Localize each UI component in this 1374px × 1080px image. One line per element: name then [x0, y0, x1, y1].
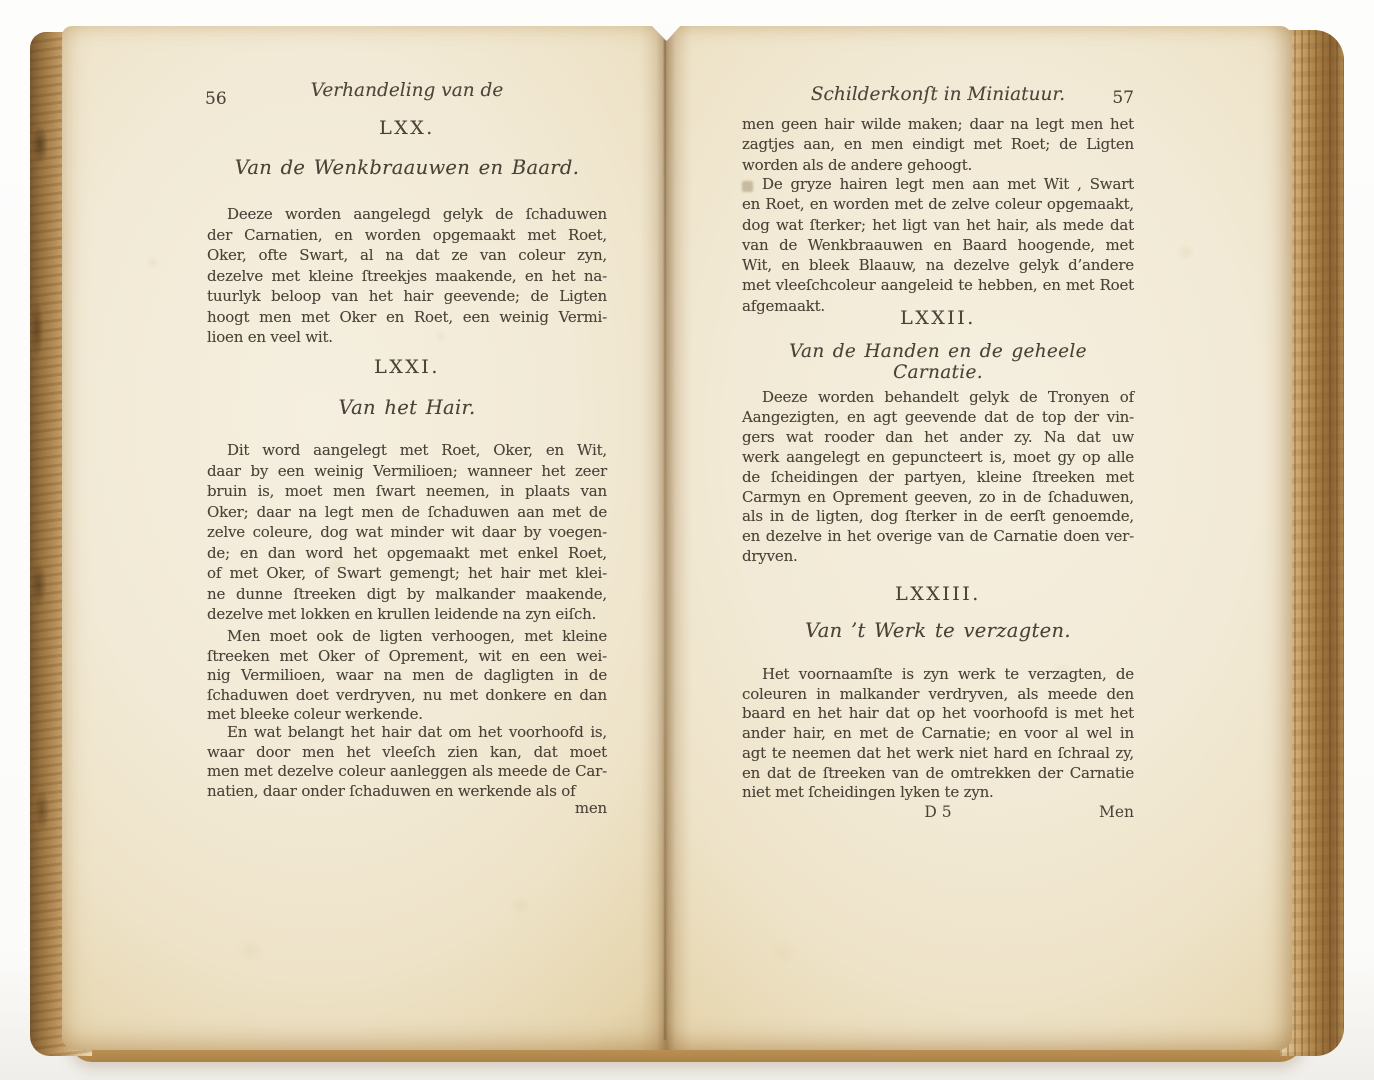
- paragraph: Het voornaamſte is zyn werk te verzagten…: [742, 665, 1134, 803]
- text-line: men geen hair wilde maken; daar na legt …: [742, 114, 1134, 134]
- gathering-signature: D 5: [742, 803, 1134, 821]
- text-line: niet met ſcheidingen lyken te zyn.: [742, 783, 1134, 803]
- text-line: Aangezigten, en agt geevende dat de top …: [742, 408, 1134, 428]
- section-number-lxxi: LXXI.: [207, 356, 607, 378]
- text-line: Oker, ofte Swart, al na dat ze van coleu…: [207, 245, 607, 266]
- text-line: agt te neemen dat het werk niet hard en …: [742, 744, 1134, 764]
- text-line: men met dezelve coleur aanleggen als mee…: [207, 762, 607, 782]
- paragraph: De gryze hairen legt men aan met Wit , S…: [742, 174, 1134, 316]
- paragraph: Deeze worden aangelegd gelyk de ſchaduwe…: [207, 204, 607, 348]
- text-line: waar door men het vleeſch zien kan, dat …: [207, 743, 607, 763]
- paragraph: Men moet ook de ligten verhoogen, met kl…: [207, 627, 607, 725]
- text-line: lioen en veel wit.: [207, 327, 607, 348]
- text-line: worden als de andere gehoogt.: [742, 155, 1134, 175]
- text-line: Wit, en bleek Blaauw, na dezelve gelyk d…: [742, 255, 1134, 275]
- paragraph: men geen hair wilde maken; daar na legt …: [742, 114, 1134, 175]
- text-line: Het voornaamſte is zyn werk te verzagten…: [742, 665, 1134, 685]
- text-line: als in de ligten, dog ſterker in de eerſ…: [742, 507, 1134, 527]
- text-line: De gryze hairen legt men aan met Wit , S…: [742, 174, 1134, 194]
- section-title-lxxiii: Van ’t Werk te verzagten.: [742, 619, 1134, 642]
- text-line: de ſcheidingen der partyen, kleine ſtree…: [742, 468, 1134, 488]
- catchword-left: men: [207, 799, 607, 817]
- text-line: Carmyn en Oprement geeven, zo in de ſcha…: [742, 488, 1134, 508]
- text-line: van de Wenkbraauwen en Baard hoogende, m…: [742, 235, 1134, 255]
- text-line: dog wat ſterker; het ligt van het hair, …: [742, 215, 1134, 235]
- text-line: de; en dan word het opgemaakt met enkel …: [207, 543, 607, 564]
- text-line: werk aangelegt en gepuncteert is, moet g…: [742, 448, 1134, 468]
- section-title-lxxi: Van het Hair.: [207, 396, 607, 419]
- text-line: hoogt men met Oker en Roet, een weinig V…: [207, 307, 607, 328]
- text-line: En wat belangt het hair dat om het voorh…: [207, 723, 607, 743]
- book-photo: 56 Verhandeling van de LXX. Van de Wenkb…: [0, 0, 1374, 1080]
- text-line: Deeze worden aangelegd gelyk de ſchaduwe…: [207, 204, 607, 225]
- text-line: Oker; daar na legt men de ſchaduwen aan …: [207, 502, 607, 523]
- text-line: en dezelve in het overige van de Carnati…: [742, 527, 1134, 547]
- text-line: coleuren in malkander verdryven, als mee…: [742, 685, 1134, 705]
- text-line: Men moet ook de ligten verhoogen, met kl…: [207, 627, 607, 647]
- running-title-left: Verhandeling van de: [207, 80, 607, 101]
- text-line: dezelve met lokken en krullen leidende n…: [207, 604, 607, 625]
- section-number-lxx: LXX.: [207, 117, 607, 139]
- section-title-lxx: Van de Wenkbraauwen en Baard.: [207, 156, 607, 179]
- text-line: dezelve met kleine ſtreekjes maakende, e…: [207, 266, 607, 287]
- text-line: der Carnatien, en worden opgemaakt met R…: [207, 225, 607, 246]
- paragraph: Deeze worden behandelt gelyk de Tronyen …: [742, 388, 1134, 567]
- text-line: nig Vermilioen, waar na men de dagligten…: [207, 666, 607, 686]
- catchword-right: Men: [1099, 803, 1134, 821]
- text-line: tuurlyk beloop van het hair geevende; de…: [207, 286, 607, 307]
- text-line: ſchaduwen doet verdryven, nu met donkere…: [207, 686, 607, 706]
- text-line: zelve coleure, dog wat minder wit daar b…: [207, 522, 607, 543]
- section-title-lxxii: Van de Handen en de geheele Carnatie.: [742, 341, 1134, 383]
- text-line: ne dunne ſtreeken digt by malkander maak…: [207, 584, 607, 605]
- page-number-right: 57: [742, 88, 1134, 108]
- signature-row: D 5 Men: [742, 803, 1134, 821]
- paragraph: En wat belangt het hair dat om het voorh…: [207, 723, 607, 801]
- text-line: en dat de ſtreeken van de omtrekken der …: [742, 764, 1134, 784]
- text-line: Deeze worden behandelt gelyk de Tronyen …: [742, 388, 1134, 408]
- text-line: Dit word aangelegt met Roet, Oker, en Wi…: [207, 440, 607, 461]
- text-line: baard en het hair dat op het voorhoofd i…: [742, 704, 1134, 724]
- text-line: dryven.: [742, 547, 1134, 567]
- text-line: zagtjes aan, en men eindigt met Roet; de…: [742, 134, 1134, 154]
- section-number-lxxii: LXXII.: [742, 307, 1134, 329]
- paragraph: Dit word aangelegt met Roet, Oker, en Wi…: [207, 440, 607, 625]
- text-line: gers wat rooder dan het ander zy. Na dat…: [742, 428, 1134, 448]
- section-number-lxxiii: LXXIII.: [742, 583, 1134, 605]
- text-line: met vleeſchcoleur aangeleid te hebben, e…: [742, 275, 1134, 295]
- text-line: en Roet, en worden met de zelve coleur o…: [742, 194, 1134, 214]
- text-line: ſtreeken met Oker of Oprement, wit en ee…: [207, 647, 607, 667]
- text-line: bruin is, moet men ſwart neemen, in plaa…: [207, 481, 607, 502]
- printed-text: 56 Verhandeling van de LXX. Van de Wenkb…: [0, 0, 1374, 1080]
- text-line: ander hair, en met de Carnatie; en voor …: [742, 724, 1134, 744]
- text-line: of met Oker, of Swart gemengt; het hair …: [207, 563, 607, 584]
- text-line: daar by een weinig Vermilioen; wanneer h…: [207, 461, 607, 482]
